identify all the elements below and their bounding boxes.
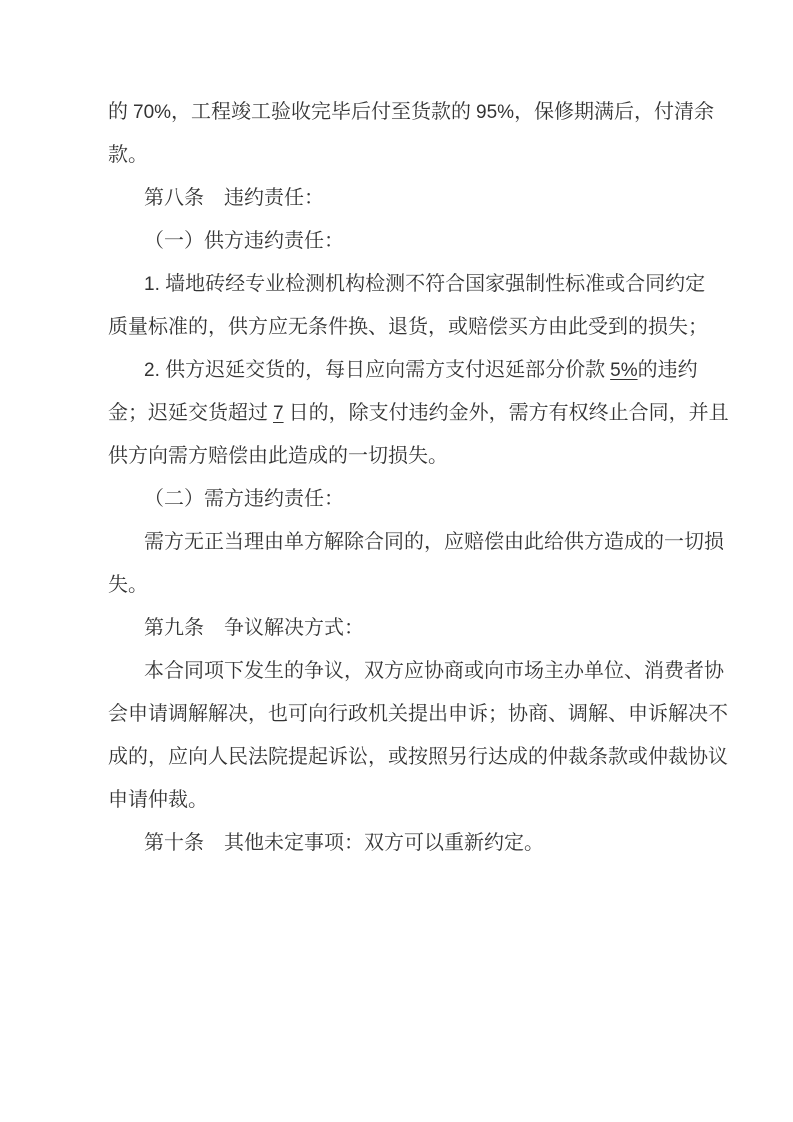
- text-line: 质量标准的，供方应无条件换、退货，或赔偿买方由此受到的损失；: [108, 306, 708, 349]
- text-segment: 95%: [476, 102, 514, 123]
- text-segment: 70%: [133, 102, 171, 123]
- text-segment: 需方无正当理由单方解除合同的，应赔偿由此给供方造成的一切损: [144, 531, 724, 553]
- text-segment: （二）需方违约责任：: [144, 488, 344, 510]
- text-line: 2. 供方迟延交货的，每日应向需方支付迟延部分价款 5%的违约: [108, 349, 708, 392]
- text-segment: 款。: [108, 144, 148, 166]
- text-segment: ，保修期满后，付清余: [514, 101, 714, 123]
- document-body: 的 70%，工程竣工验收完毕后付至货款的 95%，保修期满后，付清余款。第八条 …: [108, 91, 708, 865]
- text-segment: 1.: [144, 274, 165, 295]
- text-segment: 失。: [108, 574, 148, 596]
- text-segment: 申请仲裁。: [108, 789, 208, 811]
- text-line: （二）需方违约责任：: [108, 478, 708, 521]
- text-segment: 第九条 争议解决方式：: [144, 617, 364, 639]
- fill-in-value: 7: [273, 403, 284, 424]
- text-line: 成的，应向人民法院提起诉讼，或按照另行达成的仲裁条款或仲裁协议: [108, 736, 708, 779]
- document-page: 的 70%，工程竣工验收完毕后付至货款的 95%，保修期满后，付清余款。第八条 …: [0, 0, 793, 1122]
- text-line: 的 70%，工程竣工验收完毕后付至货款的 95%，保修期满后，付清余: [108, 91, 708, 134]
- text-line: 第八条 违约责任：: [108, 177, 708, 220]
- text-line: 1. 墙地砖经专业检测机构检测不符合国家强制性标准或合同约定: [108, 263, 708, 306]
- text-segment: 质量标准的，供方应无条件换、退货，或赔偿买方由此受到的损失；: [108, 316, 708, 338]
- text-segment: 成的，应向人民法院提起诉讼，或按照另行达成的仲裁条款或仲裁协议: [108, 746, 728, 768]
- text-segment: 供方向需方赔偿由此造成的一切损失。: [108, 445, 448, 467]
- text-line: 第九条 争议解决方式：: [108, 607, 708, 650]
- text-segment: 供方迟延交货的，每日应向需方支付迟延部分价款: [165, 359, 610, 381]
- text-segment: 墙地砖经专业检测机构检测不符合国家强制性标准或合同约定: [165, 273, 705, 295]
- text-line: 失。: [108, 564, 708, 607]
- text-line: 本合同项下发生的争议，双方应协商或向市场主办单位、消费者协: [108, 650, 708, 693]
- fill-in-value: 5%: [610, 360, 637, 381]
- text-segment: ，工程竣工验收完毕后付至货款的: [171, 101, 476, 123]
- text-segment: 的: [108, 101, 133, 123]
- text-line: （一）供方违约责任：: [108, 220, 708, 263]
- text-line: 金；迟延交货超过 7 日的，除支付违约金外，需方有权终止合同，并且: [108, 392, 708, 435]
- text-segment: 金；迟延交货超过: [108, 402, 273, 424]
- text-line: 会申请调解解决，也可向行政机关提出申诉；协商、调解、申诉解决不: [108, 693, 708, 736]
- text-segment: 会申请调解解决，也可向行政机关提出申诉；协商、调解、申诉解决不: [108, 703, 728, 725]
- text-segment: 2.: [144, 360, 165, 381]
- text-segment: 第八条 违约责任：: [144, 187, 324, 209]
- text-segment: 日的，除支付违约金外，需方有权终止合同，并且: [284, 402, 729, 424]
- text-line: 款。: [108, 134, 708, 177]
- text-segment: 本合同项下发生的争议，双方应协商或向市场主办单位、消费者协: [144, 660, 724, 682]
- text-segment: （一）供方违约责任：: [144, 230, 344, 252]
- text-line: 供方向需方赔偿由此造成的一切损失。: [108, 435, 708, 478]
- text-segment: 第十条 其他未定事项：双方可以重新约定。: [144, 832, 544, 854]
- text-line: 申请仲裁。: [108, 779, 708, 822]
- text-line: 需方无正当理由单方解除合同的，应赔偿由此给供方造成的一切损: [108, 521, 708, 564]
- text-line: 第十条 其他未定事项：双方可以重新约定。: [108, 822, 708, 865]
- text-segment: 的违约: [638, 359, 698, 381]
